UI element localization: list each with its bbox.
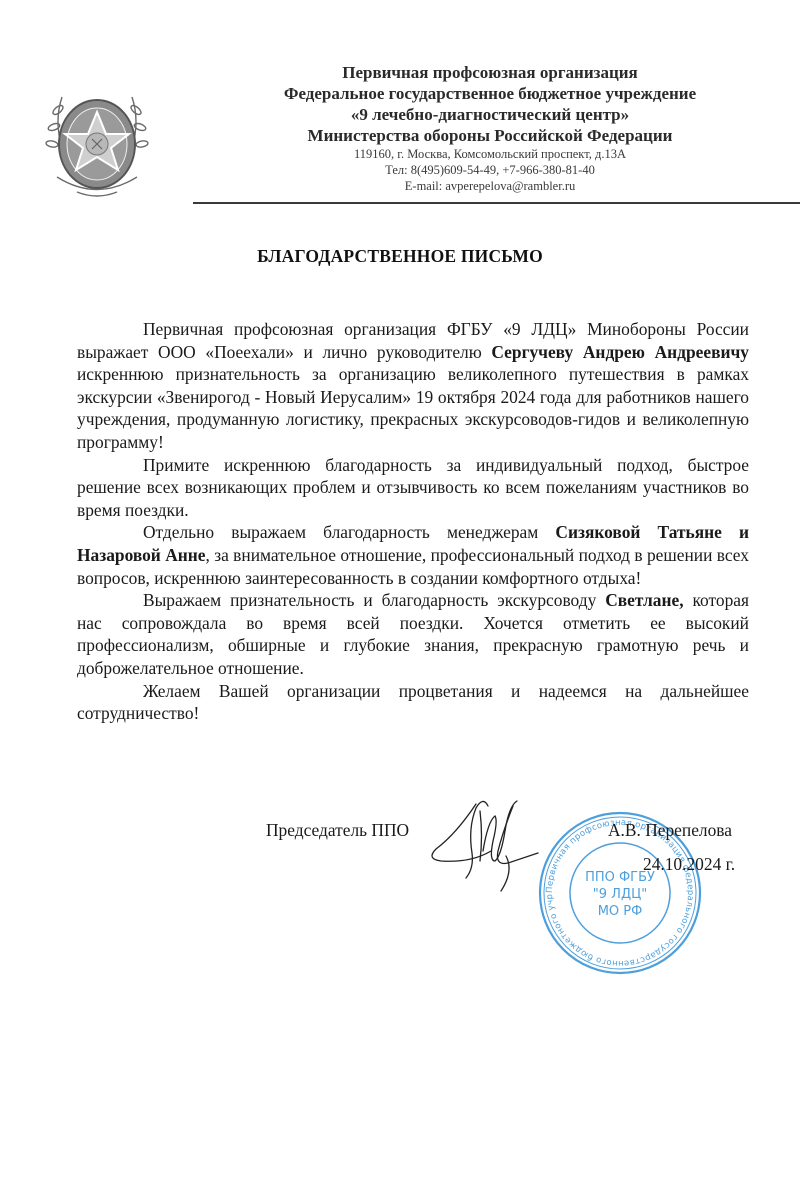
paragraph-text: Примите искреннюю благодарность за индив…: [77, 455, 749, 520]
letterhead-email: E-mail: avperepelova@rambler.ru: [190, 178, 790, 194]
paragraph-4: Выражаем признательность и благодарность…: [77, 589, 749, 679]
letterhead-institution-line: Федеральное государственное бюджетное уч…: [190, 83, 790, 104]
header-divider: [193, 202, 800, 204]
guide-name: Светлане,: [605, 590, 683, 610]
letterhead-center-line: «9 лечебно-диагностический центр»: [190, 104, 790, 125]
signatory-name: А.В. Перепелова: [608, 820, 732, 841]
document-title: БЛАГОДАРСТВЕННОЕ ПИСЬМО: [0, 246, 800, 267]
stamp-line-3: МО РФ: [598, 904, 643, 919]
letter-body: Первичная профсоюзная организация ФГБУ «…: [77, 318, 749, 725]
letterhead: Первичная профсоюзная организация Федера…: [190, 62, 790, 194]
paragraph-3: Отдельно выражаем благодарность менеджер…: [77, 521, 749, 589]
signatory-role: Председатель ППО: [266, 820, 409, 841]
letterhead-phone: Тел: 8(495)609-54-49, +7-966-380-81-40: [190, 162, 790, 178]
paragraph-text: искреннюю признательность за организацию…: [77, 364, 749, 452]
paragraph-2: Примите искреннюю благодарность за индив…: [77, 454, 749, 522]
handwritten-signature: [428, 796, 588, 896]
letterhead-ministry-line: Министерства обороны Российской Федераци…: [190, 125, 790, 146]
union-emblem-icon: [22, 82, 172, 212]
stamp-line-2: "9 ЛДЦ": [593, 887, 647, 902]
paragraph-1: Первичная профсоюзная организация ФГБУ «…: [77, 318, 749, 454]
letterhead-address: 119160, г. Москва, Комсомольский проспек…: [190, 146, 790, 162]
paragraph-5: Желаем Вашей организации процветания и н…: [77, 680, 749, 725]
paragraph-text: Выражаем признательность и благодарность…: [143, 590, 605, 610]
letterhead-org-line: Первичная профсоюзная организация: [190, 62, 790, 83]
paragraph-text: Желаем Вашей организации процветания и н…: [77, 681, 749, 724]
paragraph-text: Отдельно выражаем благодарность менеджер…: [143, 522, 555, 542]
signature-date: 24.10.2024 г.: [643, 854, 735, 875]
recipient-name: Сергучеву Андрею Андреевичу: [491, 342, 749, 362]
